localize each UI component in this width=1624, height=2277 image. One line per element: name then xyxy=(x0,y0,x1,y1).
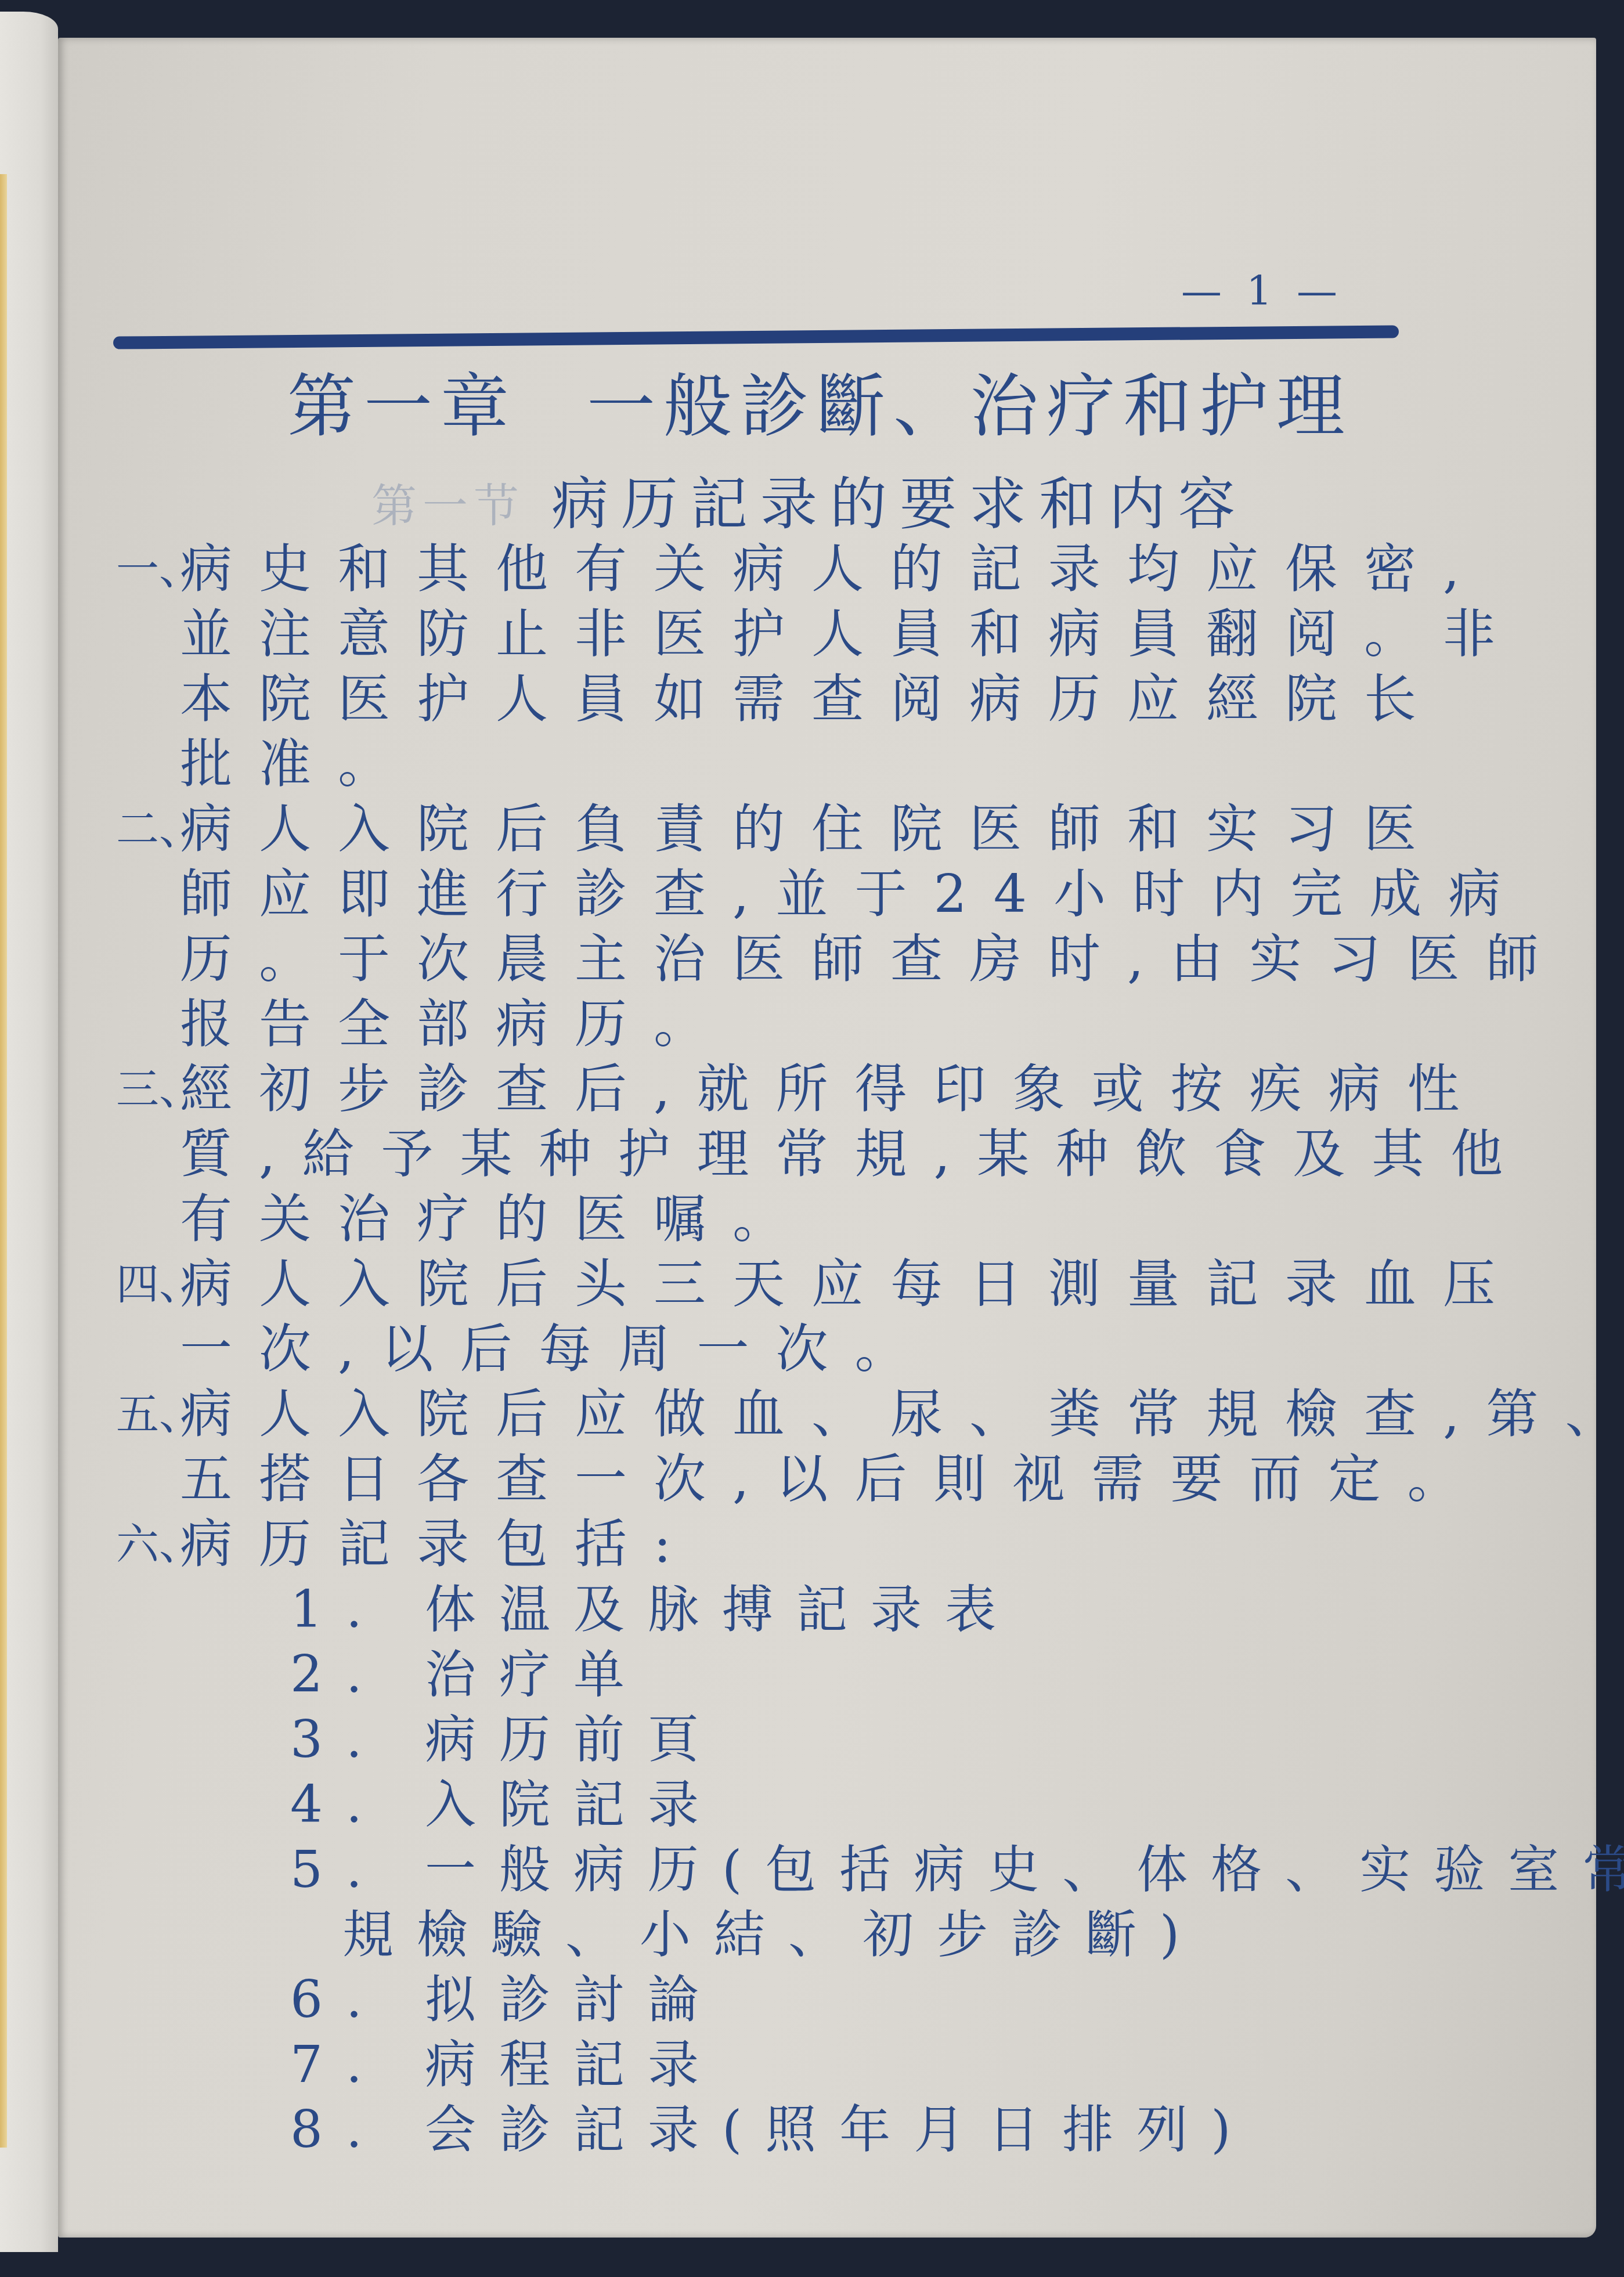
list-item: 6. 拟診討論 xyxy=(122,1967,1428,2032)
paragraph-4: 四、 病人入院后头三天应每日測量記录血压 一次,以后每周一次。 xyxy=(122,1252,1428,1382)
records-list: 六、 病历記录包括: 1. 体温及脉搏記录表 2. 治疗单 3. 病历前頁 4.… xyxy=(122,1512,1428,2162)
text-line: 报告全部病历。 xyxy=(122,992,1428,1057)
list-item: 3. 病历前頁 xyxy=(122,1707,1428,1772)
paragraph-number: 五、 xyxy=(116,1382,202,1447)
page-gilt-edge xyxy=(0,174,7,2148)
chapter-subtitle: 一般診斷、治疗和护理 xyxy=(587,366,1353,446)
text-line: 師应即進行診查,並于24小时内完成病 xyxy=(122,862,1428,927)
paragraph-number: 三、 xyxy=(116,1057,202,1122)
section-title: 病历記录的要求和内容 xyxy=(551,459,1248,540)
list-item: 2. 治疗单 xyxy=(122,1642,1428,1707)
list-item: 1. 体温及脉搏記录表 xyxy=(122,1577,1428,1642)
text-line: 五搭日各查一次,以后則视需要而定。 xyxy=(122,1447,1428,1512)
previous-page-edge xyxy=(0,12,58,2252)
text-line: 本院医护人員如需查阅病历应經院长 xyxy=(122,667,1428,732)
list-item: 8. 会診記录(照年月日排列) xyxy=(122,2097,1428,2162)
page-number: — 1 — xyxy=(1181,267,1343,315)
list-item: 7. 病程記录 xyxy=(122,2032,1428,2097)
paragraph-number: 四、 xyxy=(116,1252,202,1317)
text-line: 病史和其他有关病人的記录均应保密, xyxy=(122,537,1428,602)
paragraph-5: 五、 病人入院后应做血、尿、粪常規檢查,第、六 五搭日各查一次,以后則视需要而定… xyxy=(122,1382,1428,1512)
paragraph-3: 三、 經初步診查后,就所得印象或按疾病性 質,給予某种护理常規,某种飲食及其他 … xyxy=(122,1057,1428,1252)
text-line: 病人入院后应做血、尿、粪常規檢查,第、六 xyxy=(122,1382,1428,1447)
text-line: 有关治疗的医嘱。 xyxy=(122,1187,1428,1252)
document-body: 一、 病史和其他有关病人的記录均应保密, 並注意防止非医护人員和病員翻阅。非 本… xyxy=(122,537,1428,2162)
text-line: 病人入院后負責的住院医師和实习医 xyxy=(122,797,1428,862)
chapter-title: 第一章一般診斷、治疗和护理 xyxy=(287,351,1353,450)
header-rule xyxy=(113,325,1399,349)
text-line: 並注意防止非医护人員和病員翻阅。非 xyxy=(122,602,1428,667)
section-label: 第一节 xyxy=(371,470,525,535)
text-line: 質,給予某种护理常規,某种飲食及其他 xyxy=(122,1122,1428,1187)
list-item-continuation: 規檢驗、小結、初步診斷) xyxy=(122,1902,1428,1967)
text-line: 經初步診查后,就所得印象或按疾病性 xyxy=(122,1057,1428,1122)
paragraph-2: 二、 病人入院后負責的住院医師和实习医 師应即進行診查,並于24小时内完成病 历… xyxy=(122,797,1428,1057)
records-list-heading: 病历記录包括: xyxy=(122,1512,1428,1577)
text-line: 病人入院后头三天应每日測量記录血压 xyxy=(122,1252,1428,1317)
text-line: 批准。 xyxy=(122,732,1428,797)
list-item: 4. 入院記录 xyxy=(122,1772,1428,1837)
paragraph-number: 六、 xyxy=(116,1512,202,1577)
text-line: 历。于次晨主治医師查房时,由实习医師 xyxy=(122,927,1428,992)
document-page: — 1 — 第一章一般診斷、治疗和护理 第一节 病历記录的要求和内容 一、 病史… xyxy=(58,38,1596,2238)
chapter-number: 第一章 xyxy=(287,366,517,446)
list-item: 5. 一般病历(包括病史、体格、实验室常 xyxy=(122,1837,1428,1902)
paragraph-number: 一、 xyxy=(116,537,202,602)
text-line: 一次,以后每周一次。 xyxy=(122,1317,1428,1382)
paragraph-number: 二、 xyxy=(116,797,202,862)
paragraph-1: 一、 病史和其他有关病人的記录均应保密, 並注意防止非医护人員和病員翻阅。非 本… xyxy=(122,537,1428,797)
